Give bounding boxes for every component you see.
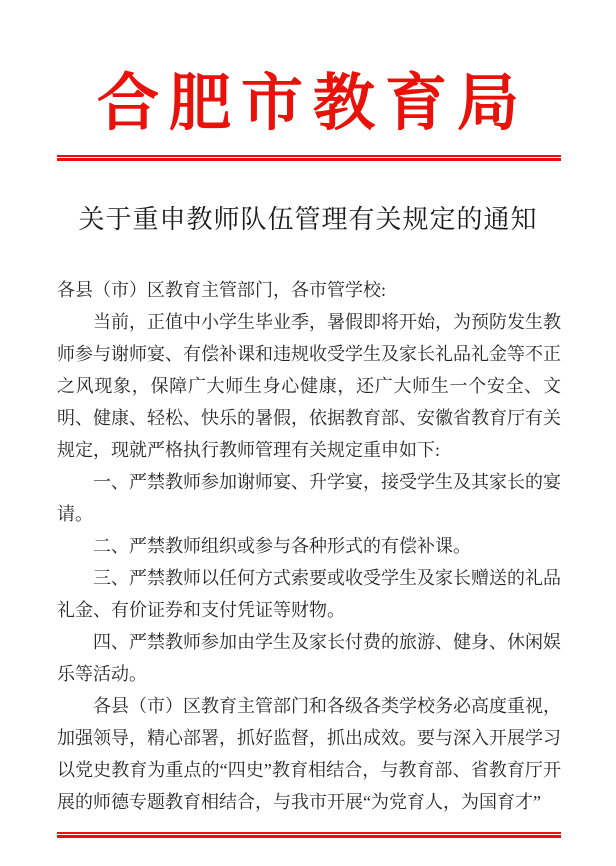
salutation-line: 各县（市）区教育主管部门，各市管学校: bbox=[57, 274, 561, 306]
body-paragraph-rule-4: 四、严禁教师参加由学生及家长付费的旅游、健身、休闲娱乐等活动。 bbox=[57, 626, 561, 690]
body-paragraph-closing: 各县（市）区教育主管部门和各级各类学校务必高度重视，加强领导，精心部署，抓好监督… bbox=[57, 690, 561, 818]
letterhead-agency-title: 合肥市教育局 bbox=[0, 68, 616, 140]
body-paragraph-rule-3: 三、严禁教师以任何方式索要或收受学生及家长赠送的礼品礼金、有价证券和支付凭证等财… bbox=[57, 562, 561, 626]
letterhead-divider-rule bbox=[57, 155, 561, 161]
body-paragraph-rule-2: 二、严禁教师组织或参与各种形式的有偿补课。 bbox=[57, 530, 561, 562]
document-page: 合肥市教育局 关于重申教师队伍管理有关规定的通知 各县（市）区教育主管部门，各市… bbox=[0, 0, 616, 866]
body-paragraph-intro: 当前，正值中小学生毕业季，暑假即将开始，为预防发生教师参与谢师宴、有偿补课和违规… bbox=[57, 306, 561, 466]
document-body: 各县（市）区教育主管部门，各市管学校: 当前，正值中小学生毕业季，暑假即将开始，… bbox=[57, 274, 561, 818]
footer-divider-rule bbox=[57, 832, 561, 838]
document-title: 关于重申教师队伍管理有关规定的通知 bbox=[0, 200, 616, 240]
body-paragraph-rule-1: 一、严禁教师参加谢师宴、升学宴，接受学生及其家长的宴请。 bbox=[57, 466, 561, 530]
